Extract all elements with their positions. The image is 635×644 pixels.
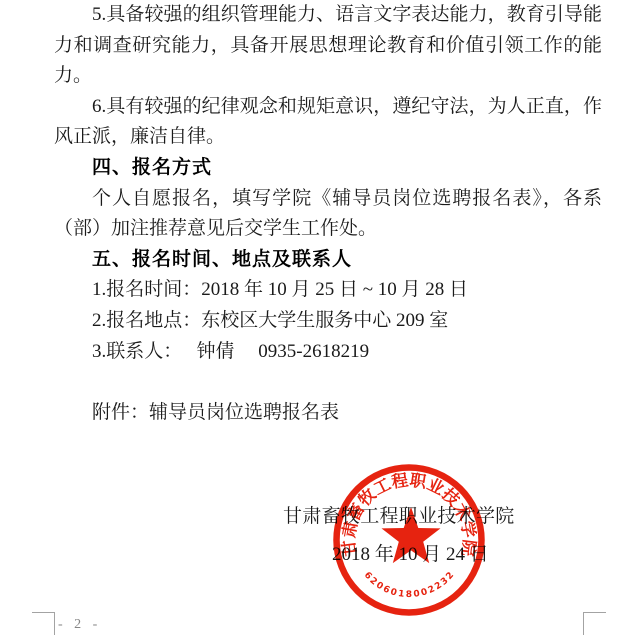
footer-corner-mark-right bbox=[583, 612, 606, 635]
signature-organization: 甘肃畜牧工程职业技术学院 bbox=[283, 506, 515, 527]
paragraph-registration-method: 个人自愿报名，填写学院《辅导员岗位选聘报名表》，各系（部）加注推荐意见后交学生工… bbox=[54, 184, 602, 245]
line-contact-person: 3.联系人： 钟倩 0935-2618219 bbox=[54, 337, 602, 368]
document-page: 5.具备较强的组织管理能力、语言文字表达能力，教育引导能力和调查研究能力，具备开… bbox=[0, 0, 635, 644]
footer-corner-mark-left bbox=[32, 612, 55, 635]
section-heading-time-place-contact: 五、报名时间、地点及联系人 bbox=[54, 245, 602, 276]
page-number: - 2 - bbox=[58, 616, 101, 634]
paragraph-requirement-5: 5.具备较强的组织管理能力、语言文字表达能力，教育引导能力和调查研究能力，具备开… bbox=[54, 0, 602, 92]
line-registration-place: 2.报名地点：东校区大学生服务中心 209 室 bbox=[54, 306, 602, 337]
line-registration-time: 1.报名时间：2018 年 10 月 25 日 ~ 10 月 28 日 bbox=[54, 275, 602, 306]
section-heading-registration-method: 四、报名方式 bbox=[54, 153, 602, 184]
seal-graphic: 甘肃畜牧工程职业技术学院 6206018002232 bbox=[337, 468, 482, 613]
line-attachment: 附件：辅导员岗位选聘报名表 bbox=[54, 398, 602, 429]
seal-code-text: 6206018002232 bbox=[362, 570, 457, 600]
paragraph-requirement-6: 6.具有较强的纪律观念和规矩意识，遵纪守法，为人正直，作风正派，廉洁自律。 bbox=[54, 92, 602, 153]
signature-date: 2018 年 10 月 24 日 bbox=[332, 544, 489, 565]
document-body: 5.具备较强的组织管理能力、语言文字表达能力，教育引导能力和调查研究能力，具备开… bbox=[54, 0, 602, 428]
seal-ring bbox=[337, 468, 482, 613]
official-seal: 甘肃畜牧工程职业技术学院 6206018002232 bbox=[324, 455, 494, 625]
